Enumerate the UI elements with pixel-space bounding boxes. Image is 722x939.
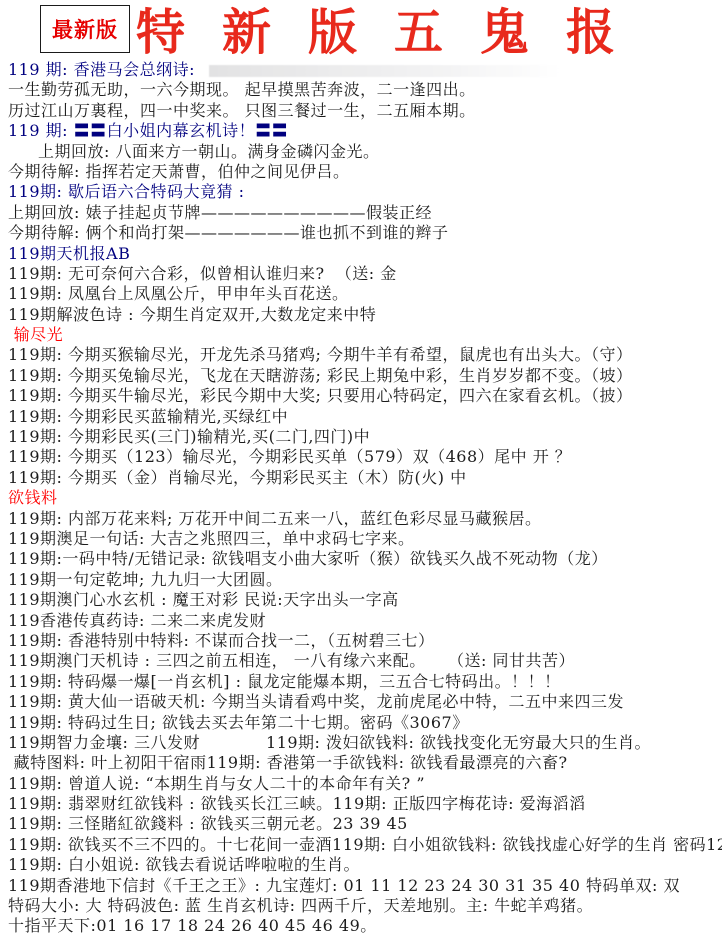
text-line-43: 十指平天下:01 16 17 18 24 26 40 45 46 49。: [8, 916, 722, 936]
text-line-18: 119期: 今期彩民买蓝输精光,买绿红中: [8, 407, 722, 427]
text-line-10: 119期天机报AB: [8, 244, 722, 264]
text-line-31: 119期: 特码爆一爆[一肖玄机] : 鼠龙定能爆本期，三五合七特码出。！！！: [8, 672, 722, 692]
text-line-5: 上期回放: 八面来方一朝山。满身金磷闪金光。: [8, 142, 722, 162]
text-line-24: 119期澳足一句话: 大吉之兆照四三，单中求码七字来。: [8, 529, 722, 549]
text-line-23: 119期: 内部万花来料; 万花开中间二五来一八，蓝红色彩尽显马藏猴居。: [8, 509, 722, 529]
text-line-20: 119期: 今期买（123）输尽光，今期彩民买单（579）双（468）尾中 开 …: [8, 447, 722, 467]
text-line-26: 119期一句定乾坤; 九九归一大团圆。: [8, 570, 722, 590]
text-line-17: 119期: 今期买牛输尽光，彩民今期中大奖; 只要用心特码定，四六在家看玄机。（…: [8, 386, 722, 406]
erased-text-smudge: [209, 65, 559, 77]
text-line-6: 今期待解: 指挥若定天萧曹，伯仲之间见伊吕。: [8, 162, 722, 182]
text-line-8: 上期回放: 婊子挂起贞节牌——————————假装正经: [8, 203, 722, 223]
text-line-30: 119期澳门天机诗 : 三四之前五相连， 一八有缘六来配。 （送: 同甘共苦）: [8, 651, 722, 671]
text-line-16: 119期: 今期买兔输尽光，飞龙在天瞎游荡; 彩民上期兔中彩，生肖岁岁都不变。（…: [8, 366, 722, 386]
text-line-15: 119期: 今期买猴输尽光，开龙先杀马猪鸡; 今期牛羊有希望，鼠虎也有出头大。（…: [8, 345, 722, 365]
text-line-11: 119期: 无可奈何六合彩，似曾相认谁归来? （送: 金: [8, 264, 722, 284]
text-line-4: 119 期: 〓〓白小姐内幕玄机诗！〓〓: [8, 121, 722, 141]
text-line-36: 119期: 曾道人说: “本期生肖与女人二十的本命年有关? ”: [8, 774, 722, 794]
page-title: 特新版五鬼报: [136, 0, 652, 64]
sheet-header: 最新版 特新版五鬼报: [0, 0, 722, 58]
text-line-22: 欲钱料: [8, 488, 722, 508]
text-line-38: 119期: 三怪賭紅欲錢料 : 欲钱买三朝元老。23 39 45: [8, 814, 722, 834]
text-line-25: 119期:一码中特/无错记录: 欲钱唱支小曲大家听（猴）欲钱买久战不死动物（龙）: [8, 549, 722, 569]
text-line-37: 119期: 翡翠财红欲钱料 : 欲钱买长江三峡。119期: 正版四字梅花诗: 爱…: [8, 794, 722, 814]
text-line-2: 一生勤劳孤无助，一六今期现。 起早摸黑苦奔波，二一逢四出。: [8, 80, 722, 100]
text-line-3: 历过江山万裏程，四一中奖来。 只图三餐过一生，二五厢本期。: [8, 101, 722, 121]
text-line-28: 119香港传真药诗: 二来二来虎发财: [8, 611, 722, 631]
lottery-tip-sheet: 最新版 特新版五鬼报 119 期: 香港马会总纲诗: 一生勤劳孤无助，一六今期现…: [0, 0, 722, 939]
text-line-34: 119期智力金壤: 三八发财 119期: 泼妇欲钱料: 欲钱找变化无穷最大只的生…: [8, 733, 722, 753]
sheet-body: 119 期: 香港马会总纲诗: 一生勤劳孤无助，一六今期现。 起早摸黑苦奔波，二…: [0, 58, 722, 937]
text-line-13: 119期解波色诗 : 今期生肖定双开,大数龙定来中特: [8, 305, 722, 325]
text-line-12: 119期: 凤凰台上凤凰公斤，甲申年头百花送。: [8, 284, 722, 304]
text-line-35: 藏特图料: 叶上初阳干宿雨119期: 香港第一手欲钱料: 欲钱看最漂亮的六畜?: [8, 753, 722, 773]
text-line-39: 119期: 欲钱买不三不四的。十七花间一壶酒119期: 白小姐欲钱料: 欲钱找虚…: [8, 835, 722, 855]
text-line-29: 119期: 香港特别中特料: 不谋而合找一二，（五树碧三七）: [8, 631, 722, 651]
text-line-41: 119期香港地下信封《千王之王》: 九宝莲灯: 01 11 12 23 24 3…: [8, 876, 722, 896]
text-line-32: 119期: 黄大仙一语破天机: 今期当头请看鸡中奖，龙前虎尾必中特，二五中来四三…: [8, 692, 722, 712]
text-line-33: 119期: 特码过生日; 欲钱去买去年第二十七期。密码《3067》: [8, 713, 722, 733]
text-line-7: 119期: 歇后语六合特码大竟猜 :: [8, 182, 722, 202]
text-line-9: 今期待解: 俩个和尚打架———————谁也抓不到谁的辫子: [8, 223, 722, 243]
text-line-19: 119期: 今期彩民买(三门)输精光,买(二门,四门)中: [8, 427, 722, 447]
text-line-14: 输尽光: [8, 325, 722, 345]
text-line-40: 119期: 白小姐说: 欲钱去看说话哗啦啦的生肖。: [8, 855, 722, 875]
text-line-42: 特码大小: 大 特码波色: 蓝 生肖玄机诗: 四两千斤，天差地别。主: 牛蛇羊鸡…: [8, 896, 722, 916]
text-line-27: 119期澳门心水玄机 : 魔王对彩 民说:天字出头一字高: [8, 590, 722, 610]
text-line-21: 119期: 今期买（金）肖输尽光，今期彩民买主（木）防(火) 中: [8, 468, 722, 488]
edition-badge: 最新版: [40, 5, 130, 53]
